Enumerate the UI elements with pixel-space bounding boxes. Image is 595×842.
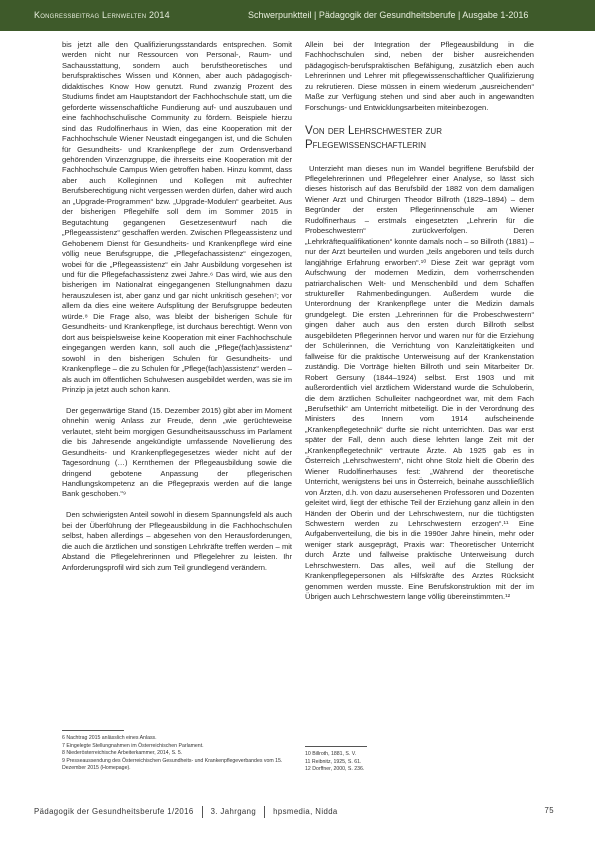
header-left-title: Kongressbeitrag Lernwelten 2014 (34, 0, 170, 31)
body-paragraph: Unterzieht man dieses nun im Wandel begr… (305, 164, 534, 603)
footnote: 9 Presseaussendung des Österreichischen … (62, 758, 292, 773)
body-paragraph: Der gegenwärtige Stand (15. Dezember 201… (62, 406, 292, 500)
left-column: bis jetzt alle den Qualifizierungsstanda… (62, 40, 292, 583)
footer-publisher: hpsmedia, Nidda (273, 807, 338, 816)
footnote: 11 Reibnitz, 1925, S. 61. (305, 759, 535, 767)
header-right-title: Schwerpunktteil | Pädagogik der Gesundhe… (248, 0, 528, 31)
footnote-divider (305, 746, 367, 747)
footnote: 10 Billroth, 1881, S. V. (305, 751, 535, 759)
footer-divider (202, 806, 203, 818)
section-heading: Von der Lehrschwester zur Pflegewissensc… (305, 124, 534, 152)
right-footnotes: 10 Billroth, 1881, S. V. 11 Reibnitz, 19… (305, 746, 535, 774)
footnote: 8 Niederösterreichische Arbeiterkammer, … (62, 750, 292, 758)
footer-divider (264, 806, 265, 818)
footer-volume: 3. Jahrgang (211, 807, 257, 816)
footnote: 6 Nachtrag 2015 anlässlich eines Anlass. (62, 735, 292, 743)
footer-journal: Pädagogik der Gesundheitsberufe 1/2016 (34, 807, 194, 816)
right-column: Allein bei der Integration der Pflegeaus… (305, 40, 534, 613)
page-number: 75 (545, 806, 554, 815)
footnote-divider (62, 730, 124, 731)
body-paragraph: Den schwierigsten Anteil sowohl in diese… (62, 510, 292, 573)
footnote: 7 Eingelegte Stellungnahmen im Österreic… (62, 743, 292, 751)
running-header: Kongressbeitrag Lernwelten 2014 Schwerpu… (0, 0, 595, 31)
body-paragraph: bis jetzt alle den Qualifizierungsstanda… (62, 40, 292, 395)
page-footer: Pädagogik der Gesundheitsberufe 1/20163.… (34, 806, 554, 818)
body-paragraph: Allein bei der Integration der Pflegeaus… (305, 40, 534, 113)
left-footnotes: 6 Nachtrag 2015 anlässlich eines Anlass.… (62, 730, 292, 773)
footnote: 12 Dorffner, 2000, S. 236. (305, 766, 535, 774)
